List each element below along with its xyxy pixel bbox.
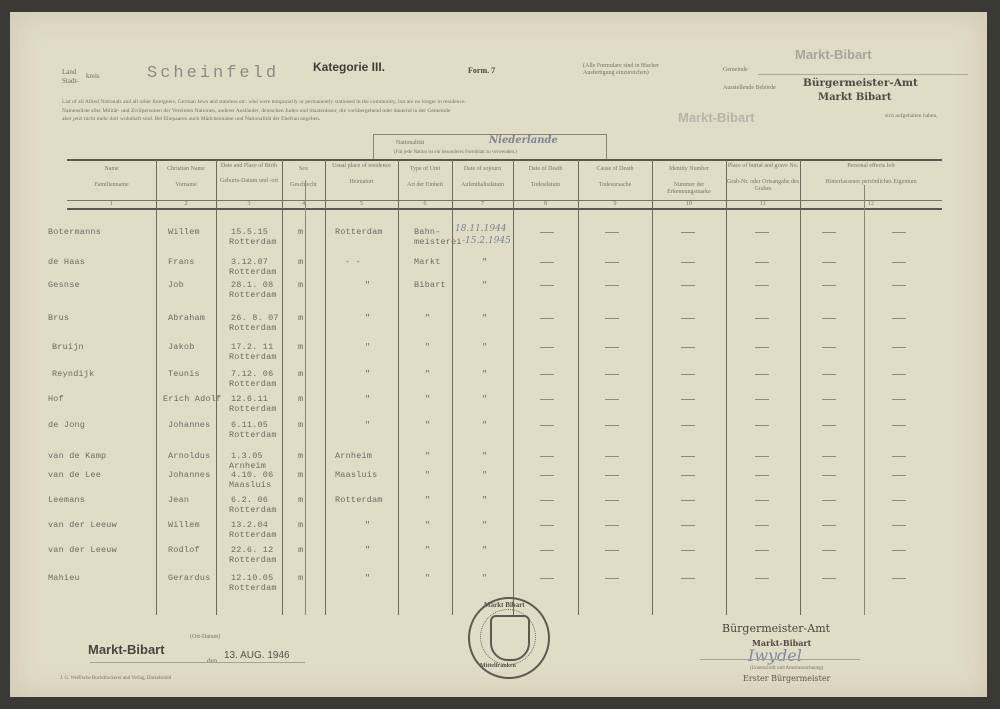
empty-dash [892, 318, 906, 319]
col-header-burial: Place of burial and grave No.Grab-Nr. od… [726, 163, 800, 193]
sex-cell: m [298, 495, 303, 505]
residence-cell: " [365, 369, 370, 379]
empty-dash [892, 500, 906, 501]
empty-dash [681, 374, 695, 375]
empty-dash [540, 232, 554, 233]
birth-place-cell: Rotterdam [229, 352, 277, 362]
sex-cell: m [298, 257, 303, 267]
christian-name-cell: Job [168, 280, 184, 290]
unit-cell: " [425, 451, 430, 461]
sojourn-cell: " [482, 369, 487, 379]
family-name-cell: van der Leeuw [48, 545, 117, 555]
sojourn-cell: " [482, 313, 487, 323]
col-num: 4 [282, 201, 325, 207]
empty-dash [822, 525, 836, 526]
empty-dash [755, 347, 769, 348]
residence-cell: Arnheim [335, 451, 372, 461]
empty-dash [605, 525, 619, 526]
col-num: 8 [513, 201, 578, 207]
residence-cell: " [365, 545, 370, 555]
birth-date-cell: 15.5.15 [231, 227, 268, 237]
empty-dash [681, 525, 695, 526]
birth-date-cell: 12.6.11 [231, 394, 268, 404]
unit-cell: " [425, 470, 430, 480]
empty-dash [755, 374, 769, 375]
sojourn-cell: " [482, 495, 487, 505]
birth-place-cell: Rotterdam [229, 237, 277, 247]
intro-english: List of all Allied Nationals and all oth… [62, 99, 462, 106]
col-num: 3 [216, 201, 282, 207]
unit-cell: " [425, 545, 430, 555]
behoerde-label: Ausstellende Behörde [723, 85, 776, 92]
empty-dash [540, 550, 554, 551]
gemeinde-stamp: Markt-Bibart [795, 47, 872, 62]
col-header-residence: Usual place of residenceHeimatort [325, 163, 398, 186]
unit-cell: Bahn- [414, 227, 441, 237]
birth-place-cell: Rotterdam [229, 505, 277, 515]
sex-cell: m [298, 369, 303, 379]
empty-dash [681, 475, 695, 476]
residence-cell: Maasluis [335, 470, 377, 480]
sex-cell: m [298, 420, 303, 430]
office-stamp-1: Bürgermeister-Amt [722, 622, 830, 635]
empty-dash [892, 425, 906, 426]
birth-date-cell: 28.1. 08 [231, 280, 273, 290]
col-header-christian-name: Christian NameVorname [156, 166, 216, 189]
birth-place-cell: Rotterdam [229, 267, 277, 277]
sojourn-cell: " [482, 280, 487, 290]
birth-place-cell: Rotterdam [229, 530, 277, 540]
sojourn-cell: " [482, 342, 487, 352]
empty-dash [605, 578, 619, 579]
sex-cell: m [298, 470, 303, 480]
col-header-death-cause: Cause of DeathTodesursache [578, 166, 652, 189]
family-name-cell: Reyndijk [52, 369, 94, 379]
residence-cell: " [365, 573, 370, 583]
empty-dash [755, 318, 769, 319]
empty-dash [755, 578, 769, 579]
family-name-cell: Leemans [48, 495, 85, 505]
family-name-cell: Mahieu [48, 573, 80, 583]
empty-dash [892, 262, 906, 263]
birth-date-cell: 13.2.04 [231, 520, 268, 530]
col-num: 10 [652, 201, 726, 207]
behoerde-stamp-2: Markt Bibart [818, 92, 891, 103]
family-name-cell: Gesnse [48, 280, 80, 290]
copies-note: (Alle Formulare sind in 8facherAusfertig… [583, 63, 659, 77]
empty-dash [892, 475, 906, 476]
date-stamp: 13. AUG. 1946 [224, 650, 290, 661]
family-name-cell: Botermanns [48, 227, 101, 237]
empty-dash [605, 232, 619, 233]
kreis-value: Scheinfeld [147, 64, 279, 83]
empty-dash [755, 456, 769, 457]
empty-dash [755, 399, 769, 400]
table-top-border [67, 159, 942, 161]
sojourn-cell: " [482, 573, 487, 583]
col-header-sex: SexGeschlecht [282, 166, 325, 189]
christian-name-cell: Rodlof [168, 545, 200, 555]
empty-dash [822, 550, 836, 551]
sex-cell: m [298, 227, 303, 237]
empty-dash [892, 578, 906, 579]
empty-dash [681, 347, 695, 348]
intro-german-1: Namensliste aller Militär- und Zivilpers… [62, 108, 450, 115]
family-name-cell: de Jong [48, 420, 85, 430]
birth-date-cell: 4.10. 06 [231, 470, 273, 480]
empty-dash [755, 285, 769, 286]
family-name-cell: van der Leeuw [48, 520, 117, 530]
sex-cell: m [298, 342, 303, 352]
unit-cell: " [425, 573, 430, 583]
sojourn-cell: " [482, 451, 487, 461]
birth-place-cell: Maasluis [229, 480, 271, 490]
sojourn-cell: " [482, 257, 487, 267]
official-seal: Markt Bibart Mittelfranken [468, 597, 550, 679]
birth-place-cell: Rotterdam [229, 323, 277, 333]
signature-caption: (Unterschrift und Amtsbezeichnung) [750, 665, 823, 672]
empty-dash [681, 425, 695, 426]
col-header-effects: Personal effects leftHinterlassenes pers… [800, 163, 942, 186]
nationality-label: Nationalität [396, 140, 424, 147]
col-num: 12 [800, 201, 942, 207]
signature: Iwydel [748, 646, 802, 665]
place-stamp: Markt-Bibart [88, 642, 165, 657]
empty-dash [540, 399, 554, 400]
col-num: 1 [67, 201, 156, 207]
empty-dash [755, 500, 769, 501]
empty-dash [540, 318, 554, 319]
col-header-birth: Date and Place of BirthGeburts-Datum und… [216, 163, 282, 185]
empty-dash [540, 262, 554, 263]
col-header-sojourn: Date of sojournAufenthaltsdatum [452, 166, 513, 189]
birth-date-cell: 7.12. 06 [231, 369, 273, 379]
empty-dash [605, 318, 619, 319]
nationality-value: Niederlande [489, 135, 558, 146]
col-num: 6 [398, 201, 452, 207]
coat-of-arms-icon [490, 615, 530, 661]
family-name-cell: van de Kamp [48, 451, 106, 461]
empty-dash [892, 456, 906, 457]
empty-dash [755, 550, 769, 551]
birth-place-cell: Rotterdam [229, 583, 277, 593]
empty-dash [822, 262, 836, 263]
birth-date-cell: 12.10.05 [231, 573, 273, 583]
unit-cell: " [425, 394, 430, 404]
residence-cell: Rotterdam [335, 495, 383, 505]
birth-place-cell: Rotterdam [229, 430, 277, 440]
empty-dash [822, 500, 836, 501]
intro-german-2: aber jetzt nicht mehr dort wohnhaft sind… [62, 116, 320, 123]
empty-dash [755, 262, 769, 263]
empty-dash [755, 475, 769, 476]
empty-dash [822, 425, 836, 426]
col-num: 11 [726, 201, 800, 207]
birth-date-cell: 22.6. 12 [231, 545, 273, 555]
empty-dash [892, 550, 906, 551]
empty-dash [822, 578, 836, 579]
empty-dash [605, 285, 619, 286]
sex-cell: m [298, 313, 303, 323]
empty-dash [755, 525, 769, 526]
empty-dash [681, 318, 695, 319]
residence-cell: " [365, 394, 370, 404]
empty-dash [540, 347, 554, 348]
empty-dash [681, 262, 695, 263]
residence-cell: " [365, 420, 370, 430]
unit-cell: " [425, 420, 430, 430]
place-date-caption: (Ort-Datum) [190, 634, 220, 641]
gemeinde-dotted-line [758, 74, 968, 75]
intro-stamp: Markt-Bibart [678, 110, 755, 125]
nationality-box: Nationalität Niederlande (Für jede Natio… [373, 134, 607, 160]
sex-cell: m [298, 280, 303, 290]
empty-dash [681, 550, 695, 551]
den-label: den [207, 657, 217, 665]
residence-cell: " [365, 520, 370, 530]
col-num: 9 [578, 201, 652, 207]
col-header-identity: Identity NumberNummer der Erkennungsmark… [652, 166, 726, 196]
christian-name-cell: Arnoldus [168, 451, 210, 461]
signature-line [700, 659, 860, 660]
residence-cell: Rotterdam [335, 227, 383, 237]
unit-cell: " [425, 495, 430, 505]
empty-dash [822, 475, 836, 476]
unit-cell: " [425, 369, 430, 379]
residence-cell: - - [345, 257, 361, 267]
empty-dash [605, 374, 619, 375]
birth-date-cell: 1.3.05 [231, 451, 263, 461]
birth-date-cell: 6.11.05 [231, 420, 268, 430]
sex-cell: m [298, 573, 303, 583]
empty-dash [822, 374, 836, 375]
sojourn-cell: " [482, 470, 487, 480]
empty-dash [892, 525, 906, 526]
empty-dash [540, 456, 554, 457]
sex-cell: m [298, 545, 303, 555]
birth-date-cell: 26. 8. 07 [231, 313, 279, 323]
empty-dash [681, 500, 695, 501]
christian-name-cell: Johannes [168, 470, 210, 480]
empty-dash [681, 578, 695, 579]
empty-dash [822, 285, 836, 286]
empty-dash [892, 347, 906, 348]
empty-dash [605, 500, 619, 501]
sex-cell: m [298, 520, 303, 530]
christian-name-cell: Erich Adolf [163, 394, 221, 404]
christian-name-cell: Johannes [168, 420, 210, 430]
birth-place-cell: Rotterdam [229, 290, 277, 300]
christian-name-cell: Gerardus [168, 573, 210, 583]
empty-dash [755, 232, 769, 233]
empty-dash [605, 347, 619, 348]
unit-cell: " [425, 520, 430, 530]
empty-dash [605, 399, 619, 400]
family-name-cell: Hof [48, 394, 64, 404]
birth-place-cell: Rotterdam [229, 404, 277, 414]
sojourn-cell: " [482, 545, 487, 555]
kreis-label: kreis [86, 72, 100, 80]
gemeinde-label: Gemeinde [723, 67, 748, 74]
empty-dash [540, 525, 554, 526]
empty-dash [605, 456, 619, 457]
sojourn-cell: " [482, 394, 487, 404]
birth-date-cell: 6.2. 06 [231, 495, 268, 505]
empty-dash [892, 399, 906, 400]
birth-place-cell: Rotterdam [229, 379, 277, 389]
col-num: 2 [156, 201, 216, 207]
empty-dash [892, 232, 906, 233]
unit-cell: Bibart [414, 280, 446, 290]
mayor-title: Erster Bürgermeister [743, 674, 830, 683]
unit-cell: Markt [414, 257, 441, 267]
residence-cell: " [365, 342, 370, 352]
sojourn-cell: " [482, 520, 487, 530]
birth-place-cell: Rotterdam [229, 555, 277, 565]
empty-dash [822, 456, 836, 457]
empty-dash [681, 456, 695, 457]
christian-name-cell: Willem [168, 227, 200, 237]
birth-date-cell: 3.12.07 [231, 257, 268, 267]
col-num: 7 [452, 201, 513, 207]
family-name-cell: de Haas [48, 257, 85, 267]
nationality-note: (Für jede Nation ist ein besonderes Form… [394, 149, 517, 156]
unit-cell-2: meisterei [414, 237, 462, 247]
empty-dash [605, 475, 619, 476]
empty-dash [681, 232, 695, 233]
empty-dash [822, 399, 836, 400]
empty-dash [892, 374, 906, 375]
date-line [90, 662, 305, 663]
behoerde-stamp-1: Bürgermeister-Amt [803, 77, 918, 89]
empty-dash [605, 425, 619, 426]
empty-dash [681, 285, 695, 286]
printer-note: J. G. Weiß'sche Buchdruckerei und Verlag… [60, 675, 171, 682]
col-header-name: NameFamilienname [67, 166, 156, 189]
form-number: Form. 7 [468, 66, 495, 75]
empty-dash [605, 550, 619, 551]
empty-dash [540, 374, 554, 375]
sojourn-cell: " [482, 420, 487, 430]
family-name-cell: Bruijn [52, 342, 84, 352]
empty-dash [892, 285, 906, 286]
empty-dash [681, 399, 695, 400]
header-bottom-border [67, 208, 942, 210]
empty-dash [605, 262, 619, 263]
land-stadt-label: LandStadt- [62, 68, 79, 86]
residence-cell: " [365, 313, 370, 323]
birth-date-cell: 17.2. 11 [231, 342, 273, 352]
christian-name-cell: Teunis [168, 369, 200, 379]
residence-cell: " [365, 280, 370, 290]
empty-dash [540, 425, 554, 426]
unit-cell: " [425, 313, 430, 323]
sex-cell: m [298, 451, 303, 461]
empty-dash [822, 347, 836, 348]
empty-dash [540, 475, 554, 476]
empty-dash [540, 578, 554, 579]
sex-cell: m [298, 394, 303, 404]
empty-dash [822, 232, 836, 233]
sojourn-handwritten-2: -15.2.1945 [462, 236, 511, 246]
family-name-cell: van de Lee [48, 470, 101, 480]
christian-name-cell: Jean [168, 495, 189, 505]
christian-name-cell: Abraham [168, 313, 205, 323]
col-header-unit: Type of UnitArt der Einheit [398, 166, 452, 189]
family-name-cell: Brus [48, 313, 69, 323]
christian-name-cell: Frans [168, 257, 195, 267]
empty-dash [540, 285, 554, 286]
empty-dash [755, 425, 769, 426]
empty-dash [540, 500, 554, 501]
sojourn-handwritten-1: 18.11.1944 [455, 224, 507, 234]
col-num: 5 [325, 201, 398, 207]
intro-end: sich aufgehalten haben, [885, 113, 938, 120]
unit-cell: " [425, 342, 430, 352]
christian-name-cell: Willem [168, 520, 200, 530]
col-header-death-date: Date of DeathTodesdatum [513, 166, 578, 189]
christian-name-cell: Jakob [168, 342, 195, 352]
category-title: Kategorie III. [313, 60, 385, 74]
empty-dash [822, 318, 836, 319]
